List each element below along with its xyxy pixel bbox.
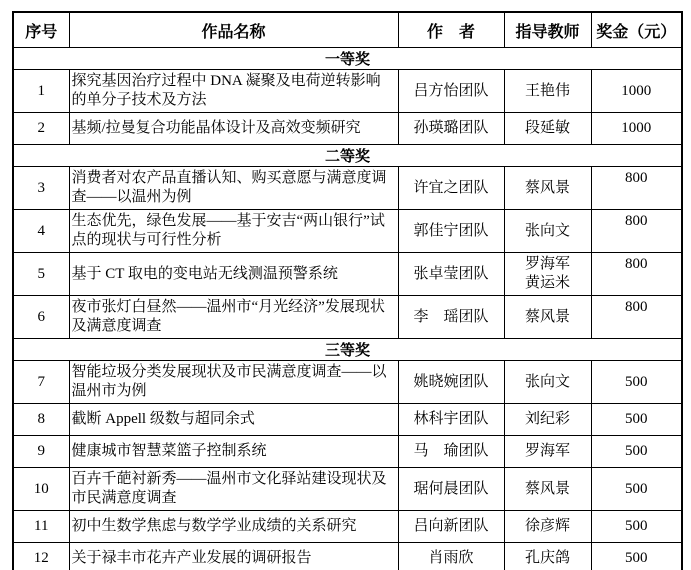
- cell-title: 智能垃圾分类发展现状及市民满意度调查——以温州市为例: [69, 361, 398, 404]
- cell-index: 1: [13, 70, 69, 113]
- cell-author: 琚何晨团队: [398, 468, 504, 511]
- col-header-index: 序号: [13, 12, 69, 48]
- table-row: 2基频/拉曼复合功能晶体设计及高效变频研究孙瑛璐团队段延敏1000: [13, 113, 682, 145]
- cell-advisor: 蔡风景: [504, 296, 591, 339]
- table-row: 10百卉千葩衬新秀——温州市文化驿站建设现状及市民满意度调查琚何晨团队蔡风景50…: [13, 468, 682, 511]
- cell-advisor: 张向文: [504, 361, 591, 404]
- cell-author: 肖雨欣: [398, 543, 504, 570]
- cell-title: 夜市张灯白昼然——温州市“月光经济”发展现状及满意度调查: [69, 296, 398, 339]
- cell-index: 8: [13, 404, 69, 436]
- table-row: 6夜市张灯白昼然——温州市“月光经济”发展现状及满意度调查李 瑶团队蔡风景800: [13, 296, 682, 339]
- cell-author: 马 瑜团队: [398, 436, 504, 468]
- table-row: 9健康城市智慧菜篮子控制系统马 瑜团队罗海军500: [13, 436, 682, 468]
- cell-title: 探究基因治疗过程中 DNA 凝聚及电荷逆转影响的单分子技术及方法: [69, 70, 398, 113]
- cell-author: 郭佳宁团队: [398, 210, 504, 253]
- cell-title: 关于禄丰市花卉产业发展的调研报告: [69, 543, 398, 570]
- cell-title: 基于 CT 取电的变电站无线测温预警系统: [69, 253, 398, 296]
- table-row: 12关于禄丰市花卉产业发展的调研报告肖雨欣孔庆鸽500: [13, 543, 682, 570]
- cell-advisor: 王艳伟: [504, 70, 591, 113]
- cell-index: 12: [13, 543, 69, 570]
- section-label: 二等奖: [13, 145, 682, 167]
- cell-author: 孙瑛璐团队: [398, 113, 504, 145]
- cell-prize: 800: [591, 253, 682, 296]
- cell-advisor: 徐彦辉: [504, 511, 591, 543]
- table-row: 4生态优先，绿色发展——基于安吉“两山银行”试点的现状与可行性分析郭佳宁团队张向…: [13, 210, 682, 253]
- cell-title: 基频/拉曼复合功能晶体设计及高效变频研究: [69, 113, 398, 145]
- cell-advisor: 孔庆鸽: [504, 543, 591, 570]
- cell-index: 6: [13, 296, 69, 339]
- cell-author: 李 瑶团队: [398, 296, 504, 339]
- cell-author: 林科宇团队: [398, 404, 504, 436]
- table-row: 11初中生数学焦虑与数学学业成绩的关系研究吕向新团队徐彦辉500: [13, 511, 682, 543]
- header-row: 序号 作品名称 作 者 指导教师 奖金（元）: [13, 12, 682, 48]
- cell-prize: 1000: [591, 70, 682, 113]
- cell-author: 许宜之团队: [398, 167, 504, 210]
- section-row: 二等奖: [13, 145, 682, 167]
- cell-prize: 800: [591, 210, 682, 253]
- cell-prize: 500: [591, 404, 682, 436]
- cell-index: 9: [13, 436, 69, 468]
- section-label: 三等奖: [13, 339, 682, 361]
- cell-title: 百卉千葩衬新秀——温州市文化驿站建设现状及市民满意度调查: [69, 468, 398, 511]
- cell-prize: 500: [591, 468, 682, 511]
- cell-index: 7: [13, 361, 69, 404]
- awards-table: 序号 作品名称 作 者 指导教师 奖金（元） 一等奖1探究基因治疗过程中 DNA…: [12, 11, 683, 570]
- section-row: 三等奖: [13, 339, 682, 361]
- table-row: 5基于 CT 取电的变电站无线测温预警系统张卓莹团队罗海军 黄运米800: [13, 253, 682, 296]
- cell-advisor: 蔡风景: [504, 468, 591, 511]
- cell-advisor: 蔡风景: [504, 167, 591, 210]
- cell-title: 生态优先，绿色发展——基于安吉“两山银行”试点的现状与可行性分析: [69, 210, 398, 253]
- col-header-author: 作 者: [398, 12, 504, 48]
- cell-author: 吕向新团队: [398, 511, 504, 543]
- cell-prize: 500: [591, 511, 682, 543]
- cell-index: 4: [13, 210, 69, 253]
- cell-advisor: 段延敏: [504, 113, 591, 145]
- cell-prize: 500: [591, 543, 682, 570]
- cell-index: 5: [13, 253, 69, 296]
- col-header-advisor: 指导教师: [504, 12, 591, 48]
- cell-title: 初中生数学焦虑与数学学业成绩的关系研究: [69, 511, 398, 543]
- section-label: 一等奖: [13, 48, 682, 70]
- col-header-prize: 奖金（元）: [591, 12, 682, 48]
- cell-author: 张卓莹团队: [398, 253, 504, 296]
- cell-prize: 800: [591, 296, 682, 339]
- cell-advisor: 刘纪彩: [504, 404, 591, 436]
- cell-index: 10: [13, 468, 69, 511]
- cell-prize: 500: [591, 361, 682, 404]
- section-row: 一等奖: [13, 48, 682, 70]
- table-row: 1探究基因治疗过程中 DNA 凝聚及电荷逆转影响的单分子技术及方法吕方怡团队王艳…: [13, 70, 682, 113]
- cell-index: 11: [13, 511, 69, 543]
- awards-table-body: 一等奖1探究基因治疗过程中 DNA 凝聚及电荷逆转影响的单分子技术及方法吕方怡团…: [13, 48, 682, 570]
- cell-advisor: 罗海军 黄运米: [504, 253, 591, 296]
- col-header-title: 作品名称: [69, 12, 398, 48]
- cell-author: 吕方怡团队: [398, 70, 504, 113]
- cell-author: 姚晓婉团队: [398, 361, 504, 404]
- table-row: 3消费者对农产品直播认知、购买意愿与满意度调查——以温州为例许宜之团队蔡风景80…: [13, 167, 682, 210]
- document-page: 序号 作品名称 作 者 指导教师 奖金（元） 一等奖1探究基因治疗过程中 DNA…: [0, 0, 691, 570]
- cell-index: 3: [13, 167, 69, 210]
- cell-index: 2: [13, 113, 69, 145]
- cell-advisor: 罗海军: [504, 436, 591, 468]
- cell-advisor: 张向文: [504, 210, 591, 253]
- table-row: 7智能垃圾分类发展现状及市民满意度调查——以温州市为例姚晓婉团队张向文500: [13, 361, 682, 404]
- table-row: 8截断 Appell 级数与超同余式林科宇团队刘纪彩500: [13, 404, 682, 436]
- cell-prize: 1000: [591, 113, 682, 145]
- cell-prize: 800: [591, 167, 682, 210]
- cell-prize: 500: [591, 436, 682, 468]
- cell-title: 健康城市智慧菜篮子控制系统: [69, 436, 398, 468]
- cell-title: 截断 Appell 级数与超同余式: [69, 404, 398, 436]
- cell-title: 消费者对农产品直播认知、购买意愿与满意度调查——以温州为例: [69, 167, 398, 210]
